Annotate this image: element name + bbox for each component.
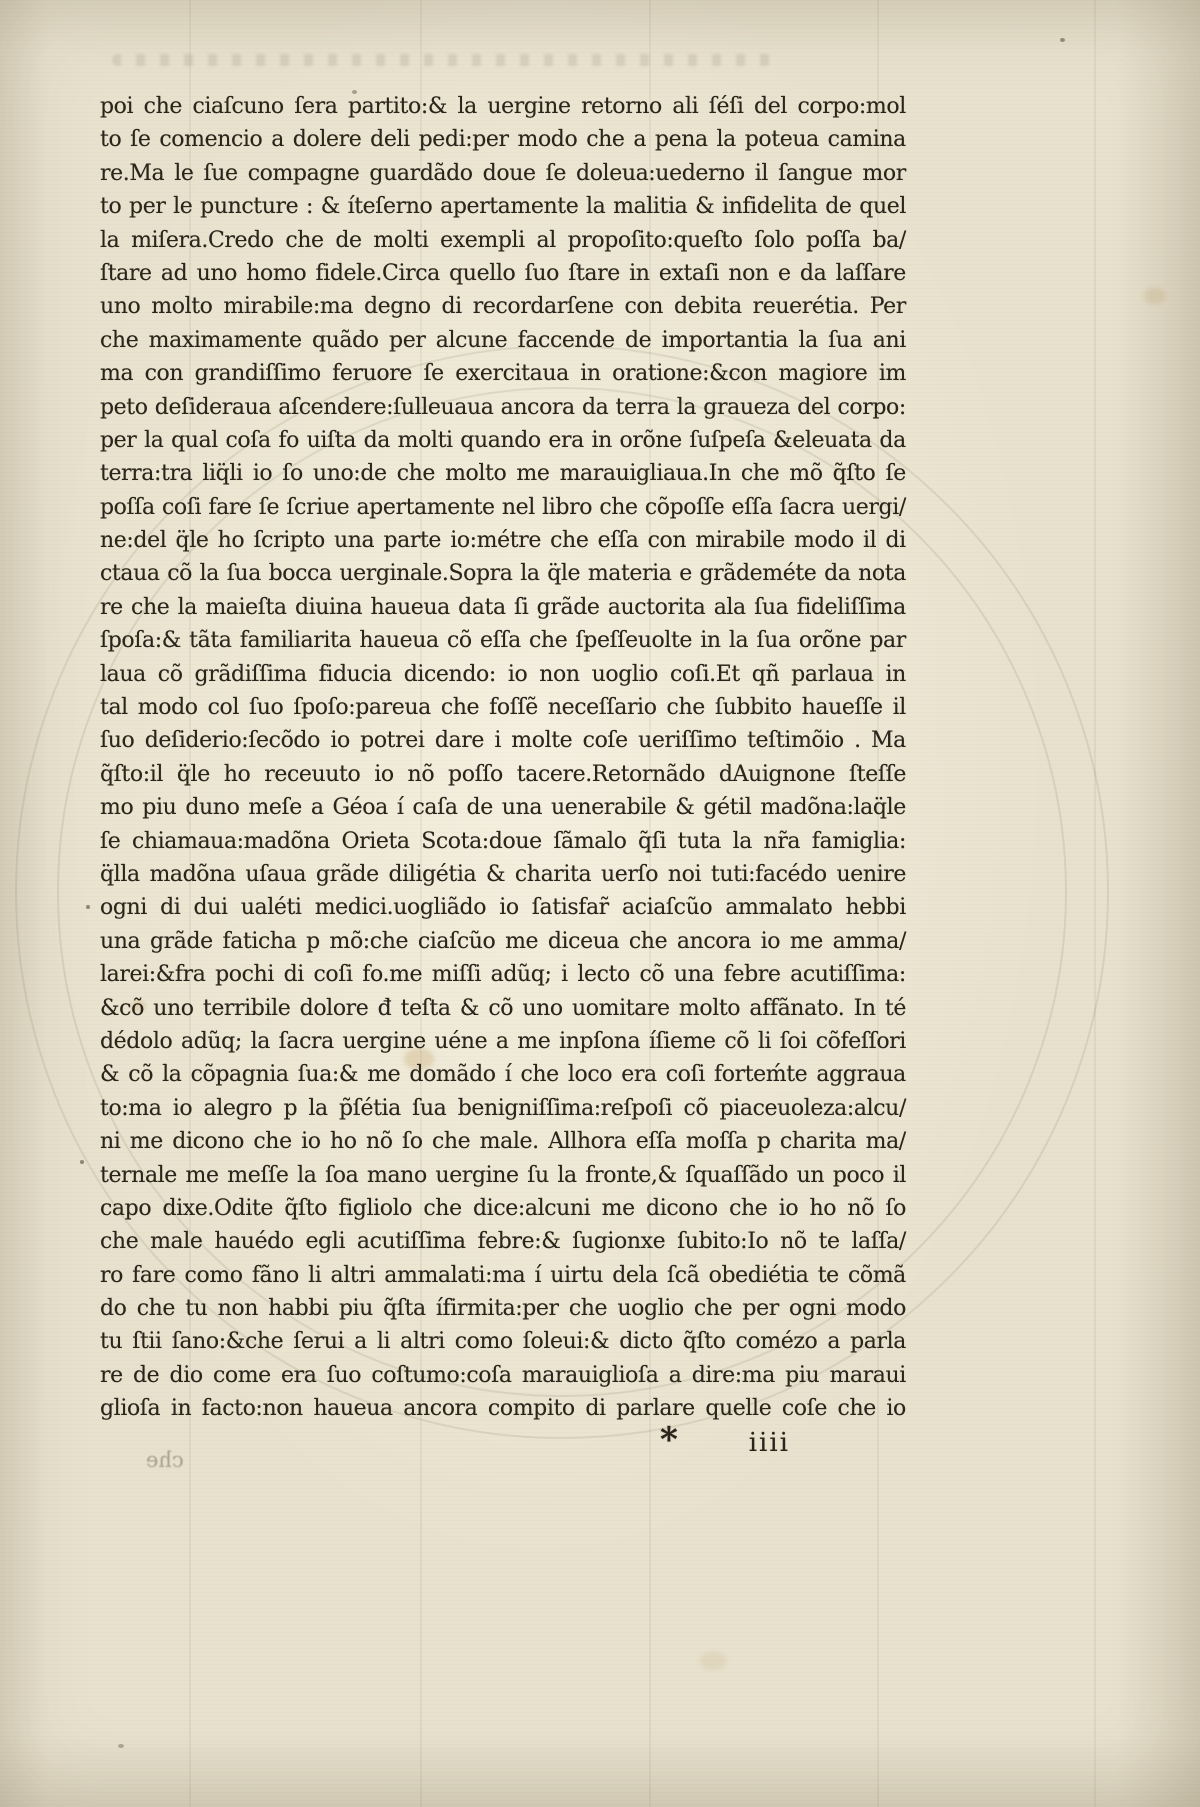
margin-dot	[80, 1160, 84, 1164]
foxing-spot	[700, 1652, 726, 1670]
showthrough-ghost-row	[112, 54, 772, 66]
text-line: dochetunonhabbipiuq̃ſtaífirmita:percheuo…	[100, 1292, 906, 1325]
text-line: macongrandiſſimoferuoreſeexercitauainora…	[100, 357, 906, 390]
text-line: nimediconocheiohonõſochemale.Allhoraeſſa…	[100, 1125, 906, 1158]
text-line: redediocomeeraſuocoſtumo:coſamarauiglioſ…	[100, 1359, 906, 1392]
text-line: terra:traliq̈liioſouno:dechemoltomemarau…	[100, 457, 906, 490]
text-line: unagrãdefatichapmõ:checiaſcũomediceuache…	[100, 925, 906, 958]
text-line: lamiſera.Credochedemoltiexemplialpropoſi…	[100, 224, 906, 257]
text-line: ſpoſa:&tãtafamiliaritahaueuacõeſſacheſpe…	[100, 624, 906, 657]
text-line: toperlepuncture:&íteſernoapertamentelama…	[100, 190, 906, 223]
text-line: ognididuiualétimedici.uogliãdoioſatisfar…	[100, 891, 906, 924]
signature-star: *	[660, 1420, 678, 1460]
text-line: to:maioalegroplap̃ſétiaſuabenigniſſima:r…	[100, 1092, 906, 1125]
text-line: poſſacoſifareſeſcriueapertamentenellibro…	[100, 491, 906, 524]
text-line: petodeſiderauaaſcendere:ſulleuauaancorad…	[100, 391, 906, 424]
text-line: &cõunoterribiledoloređteſta&cõunouomitar…	[100, 992, 906, 1025]
text-line: mopiudunomeſeaGéoaícaſadeunauenerabile&g…	[100, 791, 906, 824]
ink-speck	[118, 1744, 124, 1748]
text-line: tuſtiiſano:&cheſeruialialtricomoſoleui:&…	[100, 1325, 906, 1358]
text-line: dédoloadũq;laſacrauergineuéneameinpſonaí…	[100, 1025, 906, 1058]
showthrough-text: che	[146, 1448, 184, 1472]
text-line: ſtareadunohomofidele.Circaquelloſuoſtare…	[100, 257, 906, 290]
text-line: chemaximamentequãdoperalcunefaccendedeim…	[100, 324, 906, 357]
signature-line: * iiii	[660, 1420, 790, 1460]
ink-speck	[1060, 38, 1065, 42]
text-line: chemalehauédoegliacutiſſimafebre:&ſugion…	[100, 1225, 906, 1258]
text-block: poicheciaſcunoſerapartito:&lauerginereto…	[100, 90, 906, 1426]
text-line: &cõlacõpagniaſua:&medomãdoíchelocoeracoſ…	[100, 1058, 906, 1091]
text-line: unomoltomirabile:madegnodirecordarſeneco…	[100, 290, 906, 323]
text-line: ſechiamaua:madõnaOrietaScota:doueſãmaloq…	[100, 825, 906, 858]
text-line: rofarecomofãnolialtriammalati:maíuirtude…	[100, 1259, 906, 1292]
text-line: toſecomencioadoleredelipedi:permodocheap…	[100, 123, 906, 156]
text-line: q̃ſto:ilq̈lehoreceuutoionõpoſſotacere.Re…	[100, 758, 906, 791]
text-line: larei:&frapochidicoſifo.memiſſiadũq;ilec…	[100, 958, 906, 991]
foxing-spot	[1144, 288, 1166, 304]
text-line: lauacõgrãdiſſimafiduciadicendo:iononuogl…	[100, 658, 906, 691]
text-line: perlaqualcoſafouiſtadamoltiquandoerainor…	[100, 424, 906, 457]
text-line: poicheciaſcunoſerapartito:&lauerginereto…	[100, 90, 906, 123]
text-line: q̈llamadõnauſauagrãdediligétia&charitaue…	[100, 858, 906, 891]
text-line: re.Maleſuecompagneguardãdodoueſedoleua:u…	[100, 157, 906, 190]
signature-number: iiii	[749, 1428, 790, 1458]
text-line: ternalememeſſelaſoamanouergineſulafronte…	[100, 1159, 906, 1192]
margin-dot	[86, 905, 90, 909]
text-line: ſuodeſiderio:ſecõdoiopotreidareimoltecoſ…	[100, 724, 906, 757]
text-line: ctauacõlaſuaboccauerginale.Sopralaq̈lema…	[100, 557, 906, 590]
book-page: poicheciaſcunoſerapartito:&lauerginereto…	[0, 0, 1200, 1807]
text-line: rechelamaieſtadiuinahaueuadataſigrãdeauc…	[100, 591, 906, 624]
text-line: capodixe.Oditeq̃ſtofigliolochedice:alcun…	[100, 1192, 906, 1225]
text-line: talmodocolſuoſpoſo:pareuachefoſſẽneceſſa…	[100, 691, 906, 724]
text-line: ne:delq̈lehoſcriptounaparteio:métrecheeſ…	[100, 524, 906, 557]
